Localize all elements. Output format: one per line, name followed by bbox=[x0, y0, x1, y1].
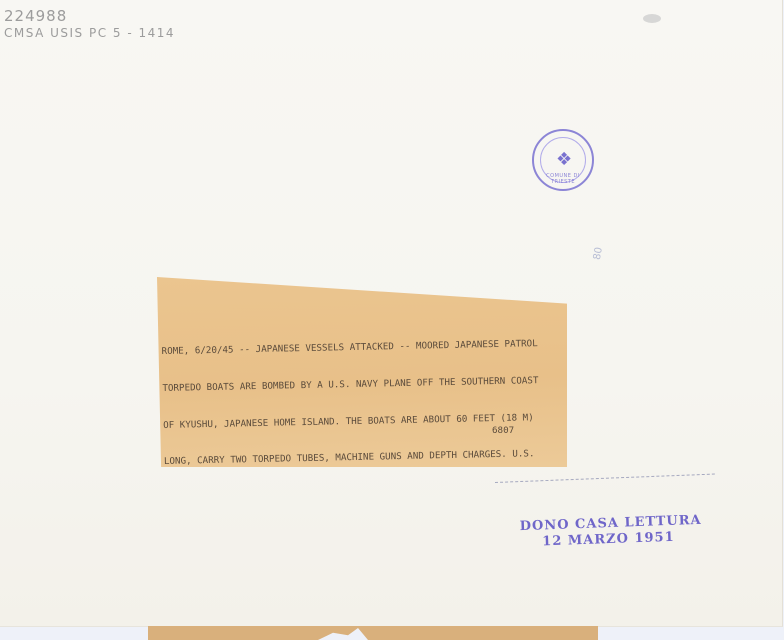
caption-code: 6807 bbox=[492, 425, 514, 436]
mount-strip bbox=[148, 626, 598, 640]
paper-tear bbox=[318, 628, 368, 640]
caption-line: ROME, 6/20/45 -- JAPANESE VESSELS ATTACK… bbox=[162, 338, 562, 359]
photo-back-sheet: 224988 CMSA USIS PC 5 - 1414 ❖ COMUNE DI… bbox=[0, 0, 783, 627]
caption-line: OWI - APPROVED BY APPROPRIATE MILITARY A… bbox=[166, 558, 566, 579]
date-stamp: DONO CASA LETTURA 12 MARZO 1951 bbox=[519, 513, 702, 551]
press-caption-slip: ROME, 6/20/45 -- JAPANESE VESSELS ATTACK… bbox=[157, 277, 567, 467]
inventory-number: 224988 bbox=[4, 7, 67, 25]
caption-line: OWI (A LIST OUT) bbox=[167, 594, 567, 615]
shield-crest-icon: ❖ bbox=[556, 149, 572, 170]
dashed-pencil-line bbox=[495, 474, 715, 483]
pencil-mark: 80 bbox=[592, 246, 605, 260]
caption-line: TORPEDO BOATS ARE BOMBED BY A U.S. NAVY … bbox=[162, 375, 562, 396]
archive-reference: CMSA USIS PC 5 - 1414 bbox=[4, 26, 175, 40]
caption-line: LONG, CARRY TWO TORPEDO TUBES, MACHINE G… bbox=[164, 448, 564, 469]
pencil-smudge bbox=[643, 14, 661, 23]
round-archive-stamp: ❖ COMUNE DI TRIESTE bbox=[532, 129, 594, 191]
stamp-ring-text: COMUNE DI TRIESTE bbox=[534, 173, 592, 185]
caption-line: DEFENSES AND SHIPPING OF THE JAPANESE HO… bbox=[165, 521, 565, 542]
caption-text: ROME, 6/20/45 -- JAPANESE VESSELS ATTACK… bbox=[161, 314, 568, 640]
caption-line: PLANES ARE CONTINUALLY STEPPING UP THEIR… bbox=[165, 484, 565, 505]
